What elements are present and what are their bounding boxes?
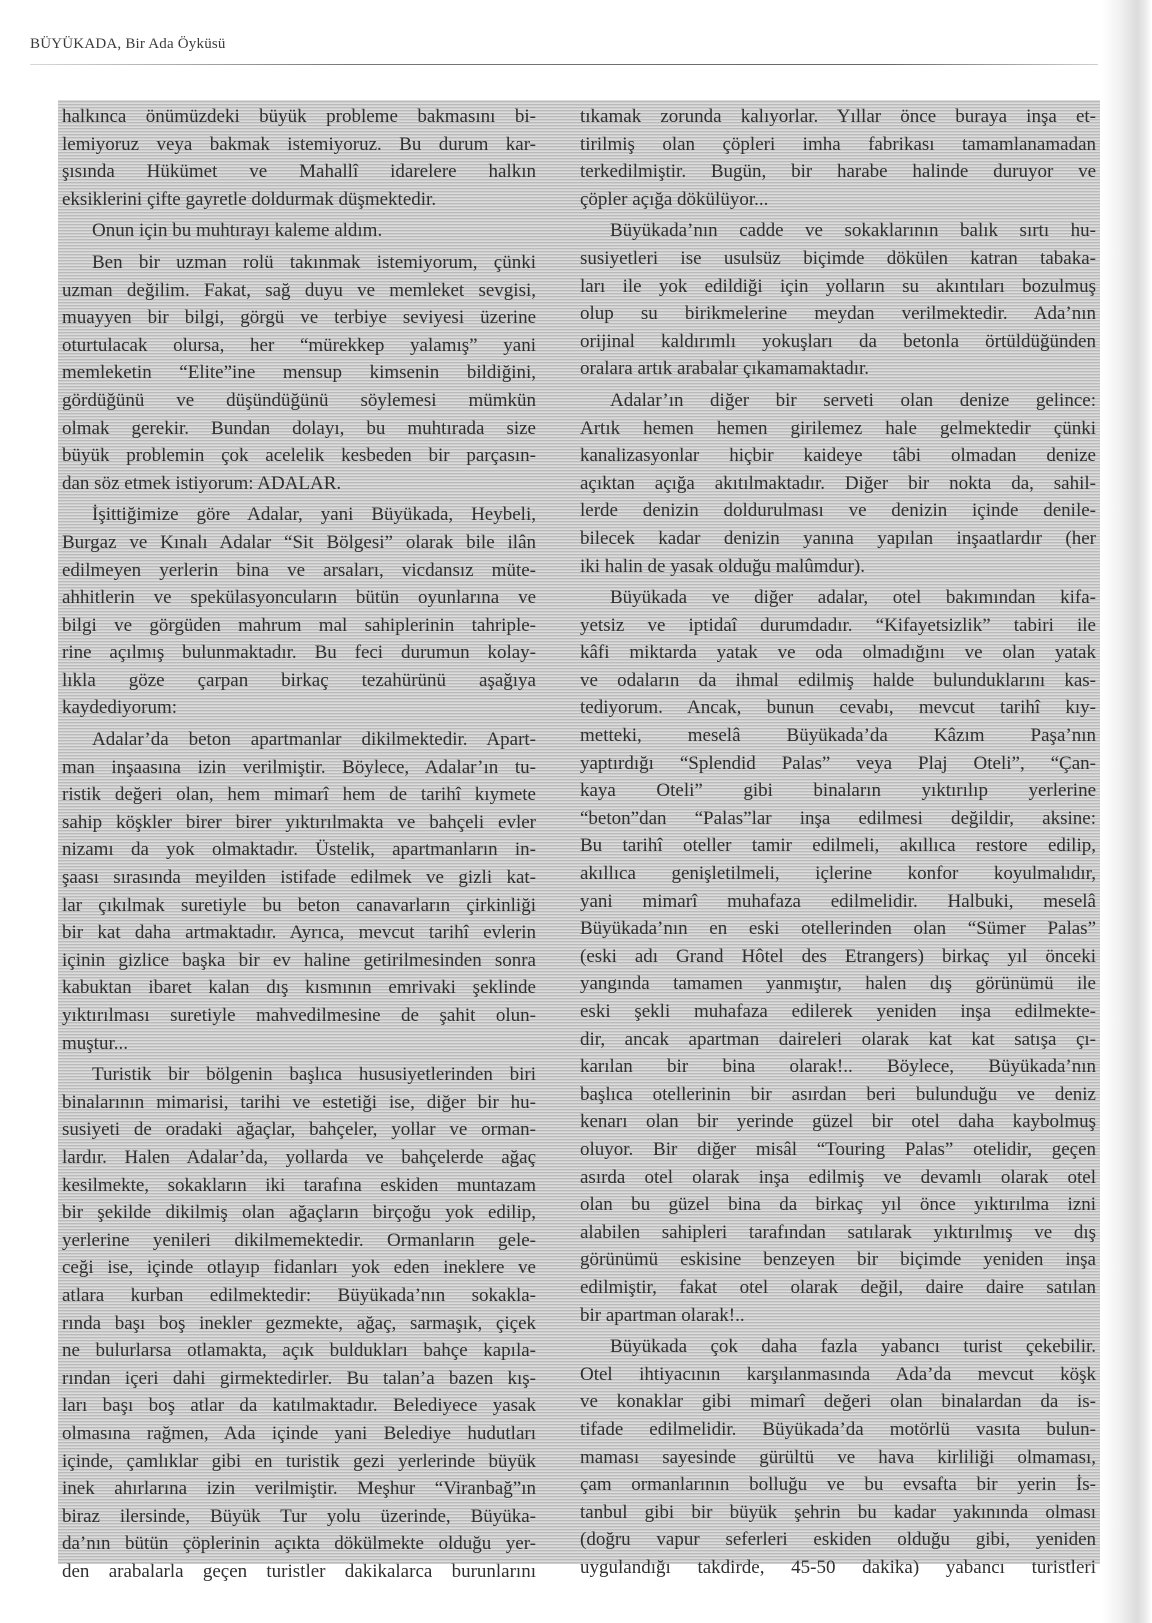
text-line: kâfi miktarda yatak ve oda olmadığını ve… bbox=[580, 639, 1096, 667]
text-line: Büyükada’nın en eski otellerinden olan “… bbox=[580, 915, 1096, 943]
text-line: ahhitlerin ve spekülasyoncuların bütün o… bbox=[62, 584, 536, 612]
text-line: eski şekli muhafaza edilerek yeniden inş… bbox=[580, 998, 1096, 1026]
text-line: lar çıkılmak suretiyle bu beton canavarl… bbox=[62, 892, 536, 920]
text-line: kaydediyorum: bbox=[62, 694, 536, 722]
text-line: yıktırılması suretiyle mahvedilmesine de… bbox=[62, 1002, 536, 1030]
text-line: tirilmiş olan çöpleri imha fabrikası tam… bbox=[580, 131, 1096, 159]
text-line: inek ahırlarına izin verilmiştir. Meşhur… bbox=[62, 1475, 536, 1503]
text-line: muştur... bbox=[62, 1030, 536, 1058]
text-line: uzman değilim. Fakat, sağ duyu ve memlek… bbox=[62, 277, 536, 305]
running-head: BÜYÜKADA, Bir Ada Öyküsü bbox=[30, 36, 226, 53]
text-line: yerlerine yenileri dikilmemektedir. Orma… bbox=[62, 1227, 536, 1255]
text-line: bir apartman olarak!.. bbox=[580, 1302, 1096, 1330]
text-line: rine açılmış bulunmaktadır. Bu feci duru… bbox=[62, 639, 536, 667]
text-line: Büyükada’nın cadde ve sokaklarının balık… bbox=[580, 217, 1096, 245]
text-line: dan söz etmek istiyorum: ADALAR. bbox=[62, 470, 536, 498]
text-line: bilecek kadar denizin yanına yapılan inş… bbox=[580, 525, 1096, 553]
text-line: yani mimarî muhafaza edilmelidir. Halbuk… bbox=[580, 888, 1096, 916]
page-fold-shadow bbox=[1102, 0, 1152, 1623]
text-line: Adalar’ın diğer bir serveti olan denize … bbox=[580, 387, 1096, 415]
text-line: orijinal kaldırımlı yokuşları da betonla… bbox=[580, 328, 1096, 356]
text-line: ne bulurlarsa otlamakta, açık buldukları… bbox=[62, 1337, 536, 1365]
text-line: Büyükada ve diğer adalar, otel bakımında… bbox=[580, 584, 1096, 612]
text-line: eksiklerini çifte gayretle doldurmak düş… bbox=[62, 186, 536, 214]
text-line: tifade edilmelidir. Büyükada’da motörlü … bbox=[580, 1416, 1096, 1444]
text-line: alabilen sahipleri tarafından satılarak … bbox=[580, 1219, 1096, 1247]
paragraph: Büyükada ve diğer adalar, otel bakımında… bbox=[580, 584, 1096, 1329]
text-line: şaası sırasında meyilden istifade edilme… bbox=[62, 864, 536, 892]
text-line: yangında tamamen yanmıştır, halen dış gö… bbox=[580, 970, 1096, 998]
text-line: ceği ise, içinde otlayıp fidanları yok e… bbox=[62, 1254, 536, 1282]
text-line: olan bu güzel bina da birkaç yıl önce yı… bbox=[580, 1191, 1096, 1219]
paragraph: halkınca önümüzdeki büyük probleme bakma… bbox=[62, 103, 536, 213]
text-line: karılan bir bina olarak!.. Böylece, Büyü… bbox=[580, 1053, 1096, 1081]
text-line: büyük problemin çok acelelik kesbeden bi… bbox=[62, 442, 536, 470]
text-line: Onun için bu muhtırayı kaleme aldım. bbox=[62, 217, 536, 245]
text-line: Adalar’da beton apartmanlar dikilmektedi… bbox=[62, 726, 536, 754]
text-line: kaya Oteli” gibi binaların yıktırılıp ye… bbox=[580, 777, 1096, 805]
text-line: tıkamak zorunda kalıyorlar. Yıllar önce … bbox=[580, 103, 1096, 131]
text-line: (doğru vapur seferleri eskiden olduğu gi… bbox=[580, 1526, 1096, 1554]
text-line: metteki, meselâ Büyükada’da Kâzım Paşa’n… bbox=[580, 722, 1096, 750]
text-line: Bu tarihî oteller tamir edilmeli, akıllı… bbox=[580, 832, 1096, 860]
paragraph: Ben bir uzman rolü takınmak istemiyorum,… bbox=[62, 249, 536, 497]
text-line: oralara artık arabalar çıkamamaktadır. bbox=[580, 355, 1096, 383]
text-line: memleketin “Elite”ine mensup kimsenin bi… bbox=[62, 359, 536, 387]
text-line: Otel ihtiyacının karşılanmasında Ada’da … bbox=[580, 1361, 1096, 1389]
text-line: den arabalarla geçen turistler dakikalar… bbox=[62, 1558, 536, 1586]
text-line: görünümü eskisine benzeyen bir biçimde y… bbox=[580, 1246, 1096, 1274]
text-line: yaptırdığı “Splendid Palas” veya Plaj Ot… bbox=[580, 750, 1096, 778]
text-line: da’nın bütün çöplerinin açıkta dökülmekt… bbox=[62, 1530, 536, 1558]
text-line: şısında Hükümet ve Mahallî idarelere hal… bbox=[62, 158, 536, 186]
text-line: oluyor. Bir diğer misâl “Touring Palas” … bbox=[580, 1136, 1096, 1164]
text-line: akıllıca genişletilmeli, içlerine konfor… bbox=[580, 860, 1096, 888]
text-line: Büyükada çok daha fazla yabancı turist ç… bbox=[580, 1333, 1096, 1361]
text-line: sahip köşkler birer birer yıktırılmakta … bbox=[62, 809, 536, 837]
text-line: dir, ancak apartman daireleri olarak kat… bbox=[580, 1026, 1096, 1054]
text-line: oturtulacak olursa, her “mürekkep yalamı… bbox=[62, 332, 536, 360]
text-line: biraz ilersinde, Büyük Tur yolu üzerinde… bbox=[62, 1503, 536, 1531]
text-line: maması sayesinde gürültü ve hava kirlili… bbox=[580, 1444, 1096, 1472]
text-line: iki halin de yasak olduğu malûmdur). bbox=[580, 553, 1096, 581]
text-line: asırda otel olarak inşa edilmiş ve devam… bbox=[580, 1164, 1096, 1192]
text-line: kesilmekte, sokakların iki tarafına eski… bbox=[62, 1172, 536, 1200]
text-line: atlara kurban edilmektedir: Büyükada’nın… bbox=[62, 1282, 536, 1310]
text-line: man inşaasına izin verilmiştir. Böylece,… bbox=[62, 754, 536, 782]
text-line: Artık hemen hemen girilemez hale gelmekt… bbox=[580, 415, 1096, 443]
text-line: halkınca önümüzdeki büyük probleme bakma… bbox=[62, 103, 536, 131]
text-line: lemiyoruz veya bakmak istemiyoruz. Bu du… bbox=[62, 131, 536, 159]
paragraph: Onun için bu muhtırayı kaleme aldım. bbox=[62, 217, 536, 245]
paragraph: Büyükada çok daha fazla yabancı turist ç… bbox=[580, 1333, 1096, 1581]
text-line: ristik değeri olan, hem mimarî hem de ta… bbox=[62, 781, 536, 809]
text-line: bilgi ve görgüden mahrum mal sahiplerini… bbox=[62, 612, 536, 640]
text-line: susiyetleri ise usulsüz biçimde dökülen … bbox=[580, 245, 1096, 273]
text-line: bir kat daha artmaktadır. Ayrıca, mevcut… bbox=[62, 919, 536, 947]
text-line: İşittiğimize göre Adalar, yani Büyükada,… bbox=[62, 501, 536, 529]
text-line: olup su birikmelerine meydan verilmekted… bbox=[580, 300, 1096, 328]
text-line: kenarı olan bir yerinde güzel bir otel d… bbox=[580, 1108, 1096, 1136]
paragraph: Adalar’da beton apartmanlar dikilmektedi… bbox=[62, 726, 536, 1057]
text-line: içinin gizlice başka bir ev haline getir… bbox=[62, 947, 536, 975]
text-line: ve konaklar gibi mimarî değeri olan bina… bbox=[580, 1388, 1096, 1416]
paragraph: Adalar’ın diğer bir serveti olan denize … bbox=[580, 387, 1096, 580]
paragraph: İşittiğimize göre Adalar, yani Büyükada,… bbox=[62, 501, 536, 722]
text-line: “beton”dan “Palas”lar inşa edilmesi deği… bbox=[580, 805, 1096, 833]
text-line: ları ile yok edildiği için yolların su a… bbox=[580, 273, 1096, 301]
text-line: terkedilmiştir. Bugün, bir harabe halind… bbox=[580, 158, 1096, 186]
text-line: kanalizasyonlar hiçbir kaideye tâbi olma… bbox=[580, 442, 1096, 470]
paragraph: tıkamak zorunda kalıyorlar. Yıllar önce … bbox=[580, 103, 1096, 213]
text-line: bir şekilde dikilmiş olan ağaçların birç… bbox=[62, 1199, 536, 1227]
text-line: çöpler açığa dökülüyor... bbox=[580, 186, 1096, 214]
text-line: içinde, çamlıklar gibi en turistik gezi … bbox=[62, 1448, 536, 1476]
text-line: çam ormanlarının bolluğu ve bu evsafta b… bbox=[580, 1471, 1096, 1499]
text-line: olmasına rağmen, Ada içinde yani Belediy… bbox=[62, 1420, 536, 1448]
text-line: edilmiştir, fakat otel olarak değil, dai… bbox=[580, 1274, 1096, 1302]
text-line: (eski adı Grand Hôtel des Etrangers) bir… bbox=[580, 943, 1096, 971]
text-line: olmak gerekir. Bundan dolayı, bu muhtıra… bbox=[62, 415, 536, 443]
text-line: binalarının mimarisi, tarihi ve estetiği… bbox=[62, 1089, 536, 1117]
right-column: tıkamak zorunda kalıyorlar. Yıllar önce … bbox=[580, 103, 1096, 1585]
text-line: rında başı boş inekler gezmekte, ağaç, s… bbox=[62, 1310, 536, 1338]
text-line: edilmeyen yerlerin bina ve arsaları, vic… bbox=[62, 557, 536, 585]
text-line: açıktan açığa akıtılmaktadır. Diğer bir … bbox=[580, 470, 1096, 498]
text-line: susiyeti de oradaki ağaçlar, bahçeler, y… bbox=[62, 1116, 536, 1144]
text-line: gördüğünü ve düşündüğünü söylemesi mümkü… bbox=[62, 387, 536, 415]
header-rule bbox=[30, 64, 1098, 65]
text-line: Ben bir uzman rolü takınmak istemiyorum,… bbox=[62, 249, 536, 277]
text-line: rından içeri dahi girmektedirler. Bu tal… bbox=[62, 1365, 536, 1393]
text-line: Burgaz ve Kınalı Adalar “Sit Bölgesi” ol… bbox=[62, 529, 536, 557]
text-line: muayyen bir bilgi, görgü ve terbiye sevi… bbox=[62, 304, 536, 332]
text-line: başlıca otellerinin bir asırdan beri bul… bbox=[580, 1081, 1096, 1109]
left-column: halkınca önümüzdeki büyük probleme bakma… bbox=[62, 103, 536, 1589]
text-line: lıkla göze çarpan birkaç tezahürünü aşağ… bbox=[62, 667, 536, 695]
text-line: tediyorum. Ancak, bunun cevabı, mevcut t… bbox=[580, 694, 1096, 722]
text-line: ve odaların da ihmal edilmiş halde bulun… bbox=[580, 667, 1096, 695]
text-line: ları başı boş atlar da katılmaktadır. Be… bbox=[62, 1392, 536, 1420]
paragraph: Büyükada’nın cadde ve sokaklarının balık… bbox=[580, 217, 1096, 383]
text-line: uygulandığı takdirde, 45-50 dakika) yaba… bbox=[580, 1554, 1096, 1582]
paragraph: Turistik bir bölgenin başlıca hususiyetl… bbox=[62, 1061, 536, 1585]
text-line: nizamı da yok olmaktadır. Üstelik, apart… bbox=[62, 836, 536, 864]
text-line: tanbul gibi bir büyük şehrin bu kadar ya… bbox=[580, 1499, 1096, 1527]
text-line: lerde denizin doldurulması ve denizin iç… bbox=[580, 497, 1096, 525]
text-line: Turistik bir bölgenin başlıca hususiyetl… bbox=[62, 1061, 536, 1089]
text-line: yetsiz ve iptidaî durumdadır. “Kifayetsi… bbox=[580, 612, 1096, 640]
text-line: kabuktan ibaret kalan dış kısmının emriv… bbox=[62, 974, 536, 1002]
text-line: lardır. Halen Adalar’da, yollarda ve bah… bbox=[62, 1144, 536, 1172]
